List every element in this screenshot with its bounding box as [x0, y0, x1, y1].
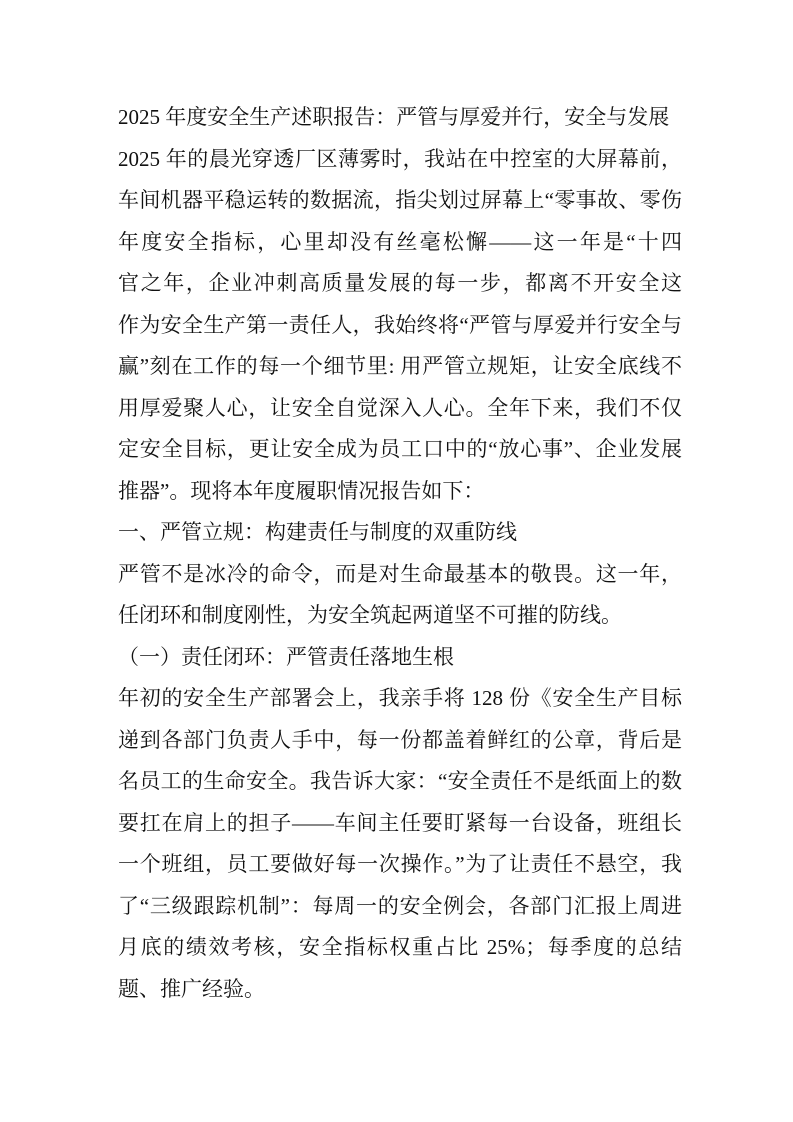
document-page: 2025 年度安全生产述职报告：严管与厚爱并行，安全与发展共赢2025 年的晨光…: [0, 0, 793, 1122]
paragraph-line: 推器”。现将本年度履职情况报告如下：: [118, 471, 682, 513]
paragraph-line: 任闭环和制度刚性，为安全筑起两道坚不可摧的防线。: [118, 595, 682, 637]
paragraph-line: 官之年，企业冲刺高质量发展的每一步，都离不开安全这个“压舱石”。: [118, 263, 682, 305]
paragraph-line: 递到各部门负责人手中，每一份都盖着鲜红的公章，背后是 2100 余: [118, 720, 682, 762]
paragraph-line: 赢”刻在工作的每一个细节里: 用严管立规矩，让安全底线不可逾越；: [118, 346, 682, 388]
paragraph-line: 用厚爱聚人心，让安全自觉深入人心。全年下来，我们不仅实现了既: [118, 388, 682, 430]
paragraph-line: 月底的绩效考核，安全指标权重占比 25%；每季度的总结会，复盘问: [118, 927, 682, 969]
paragraph-line: 题、推广经验。: [118, 969, 682, 1011]
paragraph-line: 严管不是冰冷的命令，而是对生命最基本的敬畏。这一年，我们用责: [118, 554, 682, 596]
paragraph-line: 了“三级跟踪机制”：每周一的安全例会，各部门汇报上周进展；每: [118, 886, 682, 928]
paragraph-line: 年度安全指标，心里却没有丝毫松懈——这一年是“十四五”规划收: [118, 222, 682, 264]
paragraph-line: 作为安全生产第一责任人，我始终将“严管与厚爱并行安全与发展共: [118, 305, 682, 347]
paragraph-line: 车间机器平稳运转的数据流，指尖划过屏幕上“零事故、零伤亡”的: [118, 180, 682, 222]
paragraph-line: 2025 年的晨光穿透厂区薄雾时，我站在中控室的大屏幕前，看着各: [118, 139, 682, 181]
paragraph-line: 名员工的生命安全。我告诉大家：“安全责任不是纸面上的数字，是: [118, 761, 682, 803]
section-heading-line: 一、严管立规：构建责任与制度的双重防线: [118, 512, 682, 554]
text-block: 2025 年度安全生产述职报告：严管与厚爱并行，安全与发展共赢2025 年的晨光…: [118, 97, 682, 1010]
paragraph-line: 年初的安全生产部署会上，我亲手将 128 份《安全生产目标责任书》: [118, 678, 682, 720]
subsection-heading-line: （一）责任闭环：严管责任落地生根: [118, 637, 682, 679]
paragraph-line: 要扛在肩上的担子——车间主任要盯紧每一台设备，班组长要管好每: [118, 803, 682, 845]
paragraph-line: 定安全目标，更让安全成为员工口中的“放心事”、企业发展的“助: [118, 429, 682, 471]
doc-title-line: 2025 年度安全生产述职报告：严管与厚爱并行，安全与发展共赢: [118, 97, 682, 139]
paragraph-line: 一个班组，员工要做好每一次操作。”为了让责任不悬空，我们建立: [118, 844, 682, 886]
